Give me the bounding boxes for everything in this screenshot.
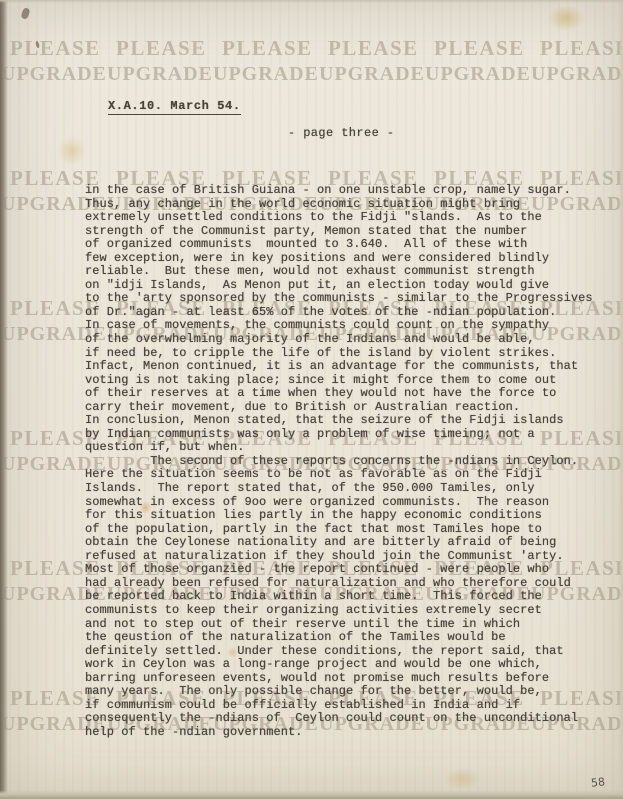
scan-edge-bottom: [0, 790, 623, 799]
paper-stain: [58, 136, 86, 166]
scanned-document-page: PLEASEPLEASEPLEASEPLEASEPLEASEPLEASEUPGR…: [0, 0, 623, 799]
ink-speck: [20, 7, 30, 20]
document-body-text: in the case of British Guiana - on one u…: [85, 184, 593, 739]
scan-edge-left: [0, 0, 8, 799]
document-reference-heading: X.A.10. March 54.: [108, 99, 241, 115]
wm-upgrade-watermark-row: UPGRADEUPGRADEUPGRADEUPGRADEUPGRADEUPGRA…: [0, 63, 623, 86]
handwritten-folio-number: 58: [590, 775, 605, 789]
paper-stain: [548, 5, 584, 31]
scan-edge-right: [618, 0, 623, 799]
paper-stain: [443, 768, 481, 790]
ink-speck: [35, 41, 40, 49]
scan-edge-top: [0, 0, 623, 3]
wm-please-watermark-row: PLEASEPLEASEPLEASEPLEASEPLEASEPLEASE: [0, 36, 623, 61]
page-number-heading: - page three -: [288, 126, 394, 140]
